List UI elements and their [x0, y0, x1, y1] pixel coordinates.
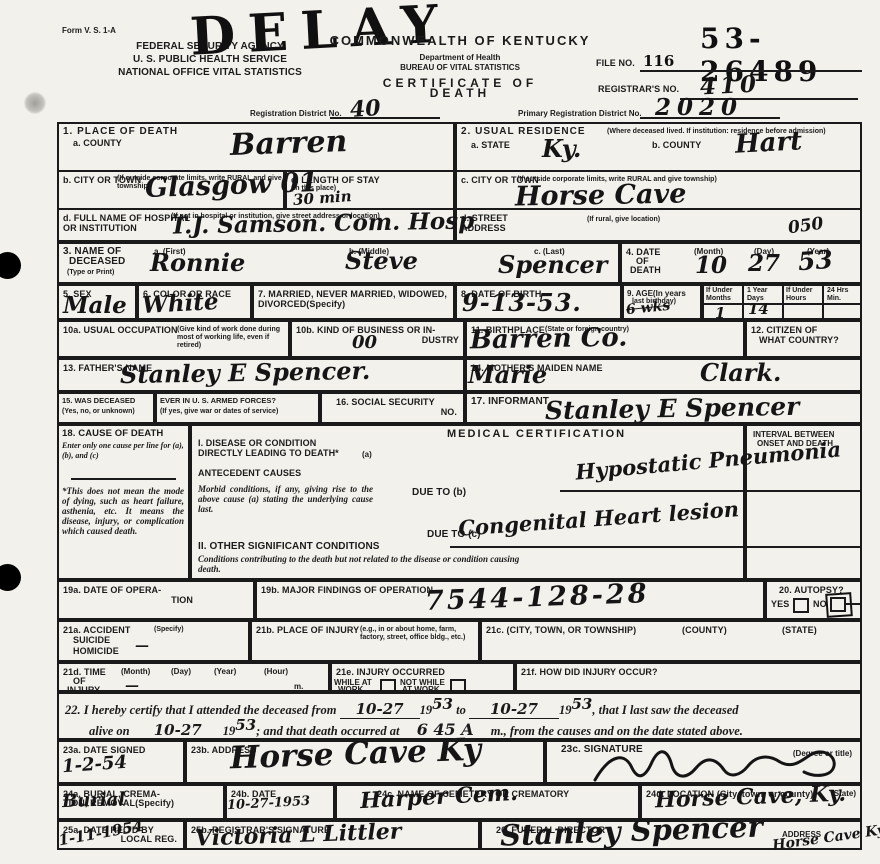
age-header-rule	[704, 303, 860, 305]
ti-year-label: (Year)	[214, 667, 236, 676]
cell-armed-forces-a: 15. WAS DECEASED (Yes, no, or unknown)	[57, 392, 155, 424]
cell-injury-occurred: 21e. INJURY OCCURRED WHILE AT WORK NOT W…	[330, 662, 515, 692]
cell-occupation: 10a. USUAL OCCUPATION (Give kind of work…	[57, 320, 290, 358]
hw-time-injury-dash: —	[125, 678, 139, 694]
age-divider-2	[782, 286, 784, 318]
commonwealth-title: COMMONWEALTH OF KENTUCKY	[320, 36, 600, 46]
hw-birthplace: Barren Co.	[470, 323, 628, 356]
ti-month-label: (Month)	[121, 667, 150, 676]
cell-place-of-injury: 21b. PLACE OF INJURY (e.g., in or about …	[250, 620, 480, 662]
hw-age-months: 1	[715, 304, 725, 322]
hw-mother-first: Marie	[468, 360, 547, 389]
due-to-b-label: DUE TO (b)	[412, 488, 466, 498]
homicide-label: HOMICIDE	[73, 646, 119, 656]
state-label: a. STATE	[471, 140, 510, 150]
certify-to-word: to	[456, 703, 466, 717]
other-conditions-note: Conditions contributing to the death but…	[198, 554, 528, 574]
cell-autopsy: 20. AUTOPSY? YES NO	[765, 580, 862, 620]
certify-19b: 19	[559, 703, 572, 717]
ti-m-label: m.	[294, 682, 303, 691]
operation-date-label: 19a. DATE OF OPERA-	[63, 585, 161, 595]
form-number: Form V. S. 1-A	[62, 26, 116, 35]
dept-of-health: Department of Health	[380, 53, 540, 62]
certify-p5: m., from the causes and on the date stat…	[491, 724, 743, 738]
occupation-note: (Give kind of work done during most of w…	[177, 326, 287, 350]
reg-district-label: Registration District No.	[250, 110, 342, 118]
cause-sidebar-rule	[71, 478, 176, 480]
certify-p3: alive on	[89, 724, 130, 738]
injury-state-label: (STATE)	[782, 625, 817, 635]
hw-res-city: Horse Cave	[515, 179, 687, 213]
cell-armed-forces-b: EVER IN U. S. ARMED FORCES? (If yes, giv…	[155, 392, 320, 424]
certify-yb: 53	[571, 695, 592, 713]
place-of-death-title: 1. PLACE OF DEATH	[63, 127, 178, 137]
certify-to-value: 10-27	[469, 700, 559, 719]
accident-label: 21a. ACCIDENT	[63, 625, 130, 635]
file-no-label: FILE NO.	[596, 58, 635, 68]
informant-label: 17. INFORMANT	[471, 397, 549, 407]
certify-alive-value: 10-27	[133, 721, 223, 740]
certify-19a: 19	[420, 703, 433, 717]
paper-smudge	[24, 92, 46, 114]
armed-forces-label: 15. WAS DECEASED	[62, 397, 135, 405]
age-h-min: Min.	[827, 295, 841, 303]
medical-cert-title: MEDICAL CERTIFICATION	[447, 429, 626, 439]
registrar-no-label: REGISTRAR'S NO.	[598, 84, 679, 94]
hw-mother-last: Clark.	[700, 358, 781, 387]
operation-date-label-2: TION	[171, 595, 193, 605]
citizen-label: 12. CITIZEN OF	[751, 325, 817, 335]
how-injury-label: 21f. HOW DID INJURY OCCUR?	[521, 667, 658, 677]
certificate-title: CERTIFICATE OF DEATH	[350, 78, 570, 98]
industry-label-2: DUSTRY	[422, 335, 459, 345]
hw-last-name: Spencer	[498, 250, 607, 279]
autopsy-no-mark	[825, 592, 853, 618]
hw-accident-dash: —	[135, 638, 149, 654]
cause-note-top: Enter only one cause per line for (a), (…	[62, 441, 184, 461]
certify-yc: 53	[235, 716, 256, 734]
autopsy-no-mark-tail	[845, 603, 861, 605]
hw-sex: Male	[63, 292, 127, 319]
armed-forces-note-2: (If yes, give war or dates of service)	[160, 408, 315, 416]
res-county-label: b. COUNTY	[652, 140, 701, 150]
age-h-1year: 1 Year	[747, 287, 768, 295]
hw-state: Ky.	[542, 134, 581, 163]
cell-date-operation: 19a. DATE OF OPERA- TION	[57, 580, 255, 620]
reg-district-line	[330, 117, 440, 119]
hw-informant: Stanley E Spencer	[545, 392, 800, 425]
hw-first-name: Ronnie	[150, 248, 245, 277]
hw-race: White	[141, 288, 219, 319]
cause-side-note: *This does not mean the mode of dying, s…	[62, 486, 184, 536]
cell-how-injury: 21f. HOW DID INJURY OCCUR?	[515, 662, 862, 692]
age-h-under24: If Under	[786, 287, 812, 295]
certify-no: 22.	[65, 703, 81, 717]
county-label: a. COUNTY	[73, 138, 122, 148]
cause-title: 18. CAUSE OF DEATH	[62, 429, 163, 439]
cell-time-of-injury: 21d. TIME OF INJURY (Month) (Day) (Year)…	[57, 662, 330, 692]
certify-19c: 19	[223, 724, 236, 738]
death-certificate-document: Form V. S. 1-A FEDERAL SECURITY AGENCY U…	[0, 0, 880, 864]
cell-citizen: 12. CITIZEN OF WHAT COUNTRY?	[745, 320, 862, 358]
street-address-note: (If rural, give location)	[587, 216, 660, 224]
hw-death-month: 10	[695, 252, 727, 279]
hw-hospital: T.J. Samson. Com. Hosp	[170, 207, 475, 239]
age-h-under1: If Under	[706, 287, 732, 295]
name-title-3: (Type or Print)	[67, 269, 114, 277]
hw-burial: Burial	[62, 789, 126, 812]
occupation-label: 10a. USUAL OCCUPATION	[63, 325, 178, 335]
age-h-hours: Hours	[786, 295, 806, 303]
primary-district-label: Primary Registration District No.	[518, 110, 642, 118]
hw-industry: 00	[352, 332, 377, 353]
ti-hour-label: (Hour)	[264, 667, 288, 676]
physician-signature-scrawl	[590, 744, 850, 786]
hw-age-days: 14	[748, 300, 769, 318]
autopsy-yes-label: YES	[771, 599, 789, 609]
certify-ya: 53	[432, 695, 453, 713]
primary-district-line	[640, 117, 780, 119]
disease-label-1: I. DISEASE OR CONDITION	[198, 438, 316, 448]
armed-forces-label-2: EVER IN U. S. ARMED FORCES?	[160, 397, 276, 405]
cell-marital: 7. MARRIED, NEVER MARRIED, WIDOWED, DIVO…	[252, 284, 455, 320]
injury-city-label: 21c. (CITY, TOWN, OR TOWNSHIP)	[486, 625, 636, 635]
antecedent-label: ANTECEDENT CAUSES	[198, 468, 301, 478]
ti-day-label: (Day)	[171, 667, 191, 676]
autopsy-yes-checkbox	[793, 598, 809, 613]
disease-a-tag: (a)	[362, 450, 372, 459]
other-conditions-label: II. OTHER SIGNIFICANT CONDITIONS	[198, 542, 380, 552]
cell-age-subtable: If Under Months 1 Year Days If Under Hou…	[702, 284, 862, 320]
hw-res-county: Hart	[734, 126, 803, 159]
age-label-1: 9. AGE(In years	[627, 289, 686, 298]
injury-county-label: (COUNTY)	[682, 625, 727, 635]
marital-label: 7. MARRIED, NEVER MARRIED, WIDOWED, DIVO…	[258, 289, 448, 309]
hw-father-name: Stanley E Spencer.	[120, 356, 371, 389]
armed-forces-note: (Yes, no, or unknown)	[62, 408, 135, 416]
hw-middle-name: Steve	[345, 246, 418, 275]
age-divider-3	[822, 286, 824, 318]
hole-punch-bottom	[0, 564, 21, 591]
ssn-label: 16. SOCIAL SECURITY	[336, 397, 435, 407]
place-injury-label: 21b. PLACE OF INJURY	[256, 625, 359, 635]
hw-dob: 9-13-53.	[462, 288, 582, 317]
age-h-months: Months	[706, 295, 731, 303]
cell-ssn: 16. SOCIAL SECURITY NO.	[320, 392, 465, 424]
bureau-line: BUREAU OF VITAL STATISTICS	[380, 63, 540, 72]
cell-industry: 10b. KIND OF BUSINESS OR IN- DUSTRY	[290, 320, 465, 358]
place-injury-note: (e.g., in or about home, farm, factory, …	[360, 626, 475, 642]
age-h-24hrs: 24 Hrs	[827, 287, 848, 295]
accident-note: (Specify)	[154, 626, 184, 634]
citizen-label-2: WHAT COUNTRY?	[759, 335, 839, 345]
cause-a-line	[560, 490, 862, 492]
cell-injury-location: 21c. (CITY, TOWN, OR TOWNSHIP) (COUNTY) …	[480, 620, 862, 662]
usual-residence-note: (Where deceased lived. If institution: r…	[607, 128, 857, 136]
disease-label-2: DIRECTLY LEADING TO DEATH*	[198, 448, 339, 458]
suicide-label: SUICIDE	[73, 635, 110, 645]
autopsy-no-label: NO	[813, 599, 827, 609]
certify-line-1: 22. I hereby certify that I attended the…	[65, 700, 857, 719]
age-divider-1	[742, 286, 744, 318]
certify-p2: , that I last saw the deceased	[592, 703, 738, 717]
certify-from-value: 10-27	[340, 700, 420, 719]
cause-b-line	[450, 546, 862, 548]
hw-county: Barren	[229, 124, 347, 163]
ssn-label-2: NO.	[441, 407, 457, 417]
certify-p1: I hereby certify that I attended the dec…	[84, 703, 337, 717]
morbid-note: Morbid conditions, if any, giving rise t…	[198, 484, 373, 514]
file-no-value: 116	[643, 52, 674, 70]
hole-punch-top	[0, 252, 21, 279]
dod-title-3: DEATH	[630, 265, 661, 275]
findings-label: 19b. MAJOR FINDINGS OF OPERATION	[261, 585, 433, 595]
hw-death-year: 53	[797, 245, 834, 276]
agency-line-3: NATIONAL OFFICE VITAL STATISTICS	[85, 68, 335, 78]
name-title-2: DECEASED	[69, 257, 125, 267]
hw-death-day: 27	[748, 250, 780, 277]
injury-occurred-label: 21e. INJURY OCCURRED	[336, 667, 445, 677]
cell-accident: 21a. ACCIDENT (Specify) SUICIDE HOMICIDE	[57, 620, 250, 662]
cell-cause-sidebar: 18. CAUSE OF DEATH Enter only one cause …	[57, 424, 190, 580]
